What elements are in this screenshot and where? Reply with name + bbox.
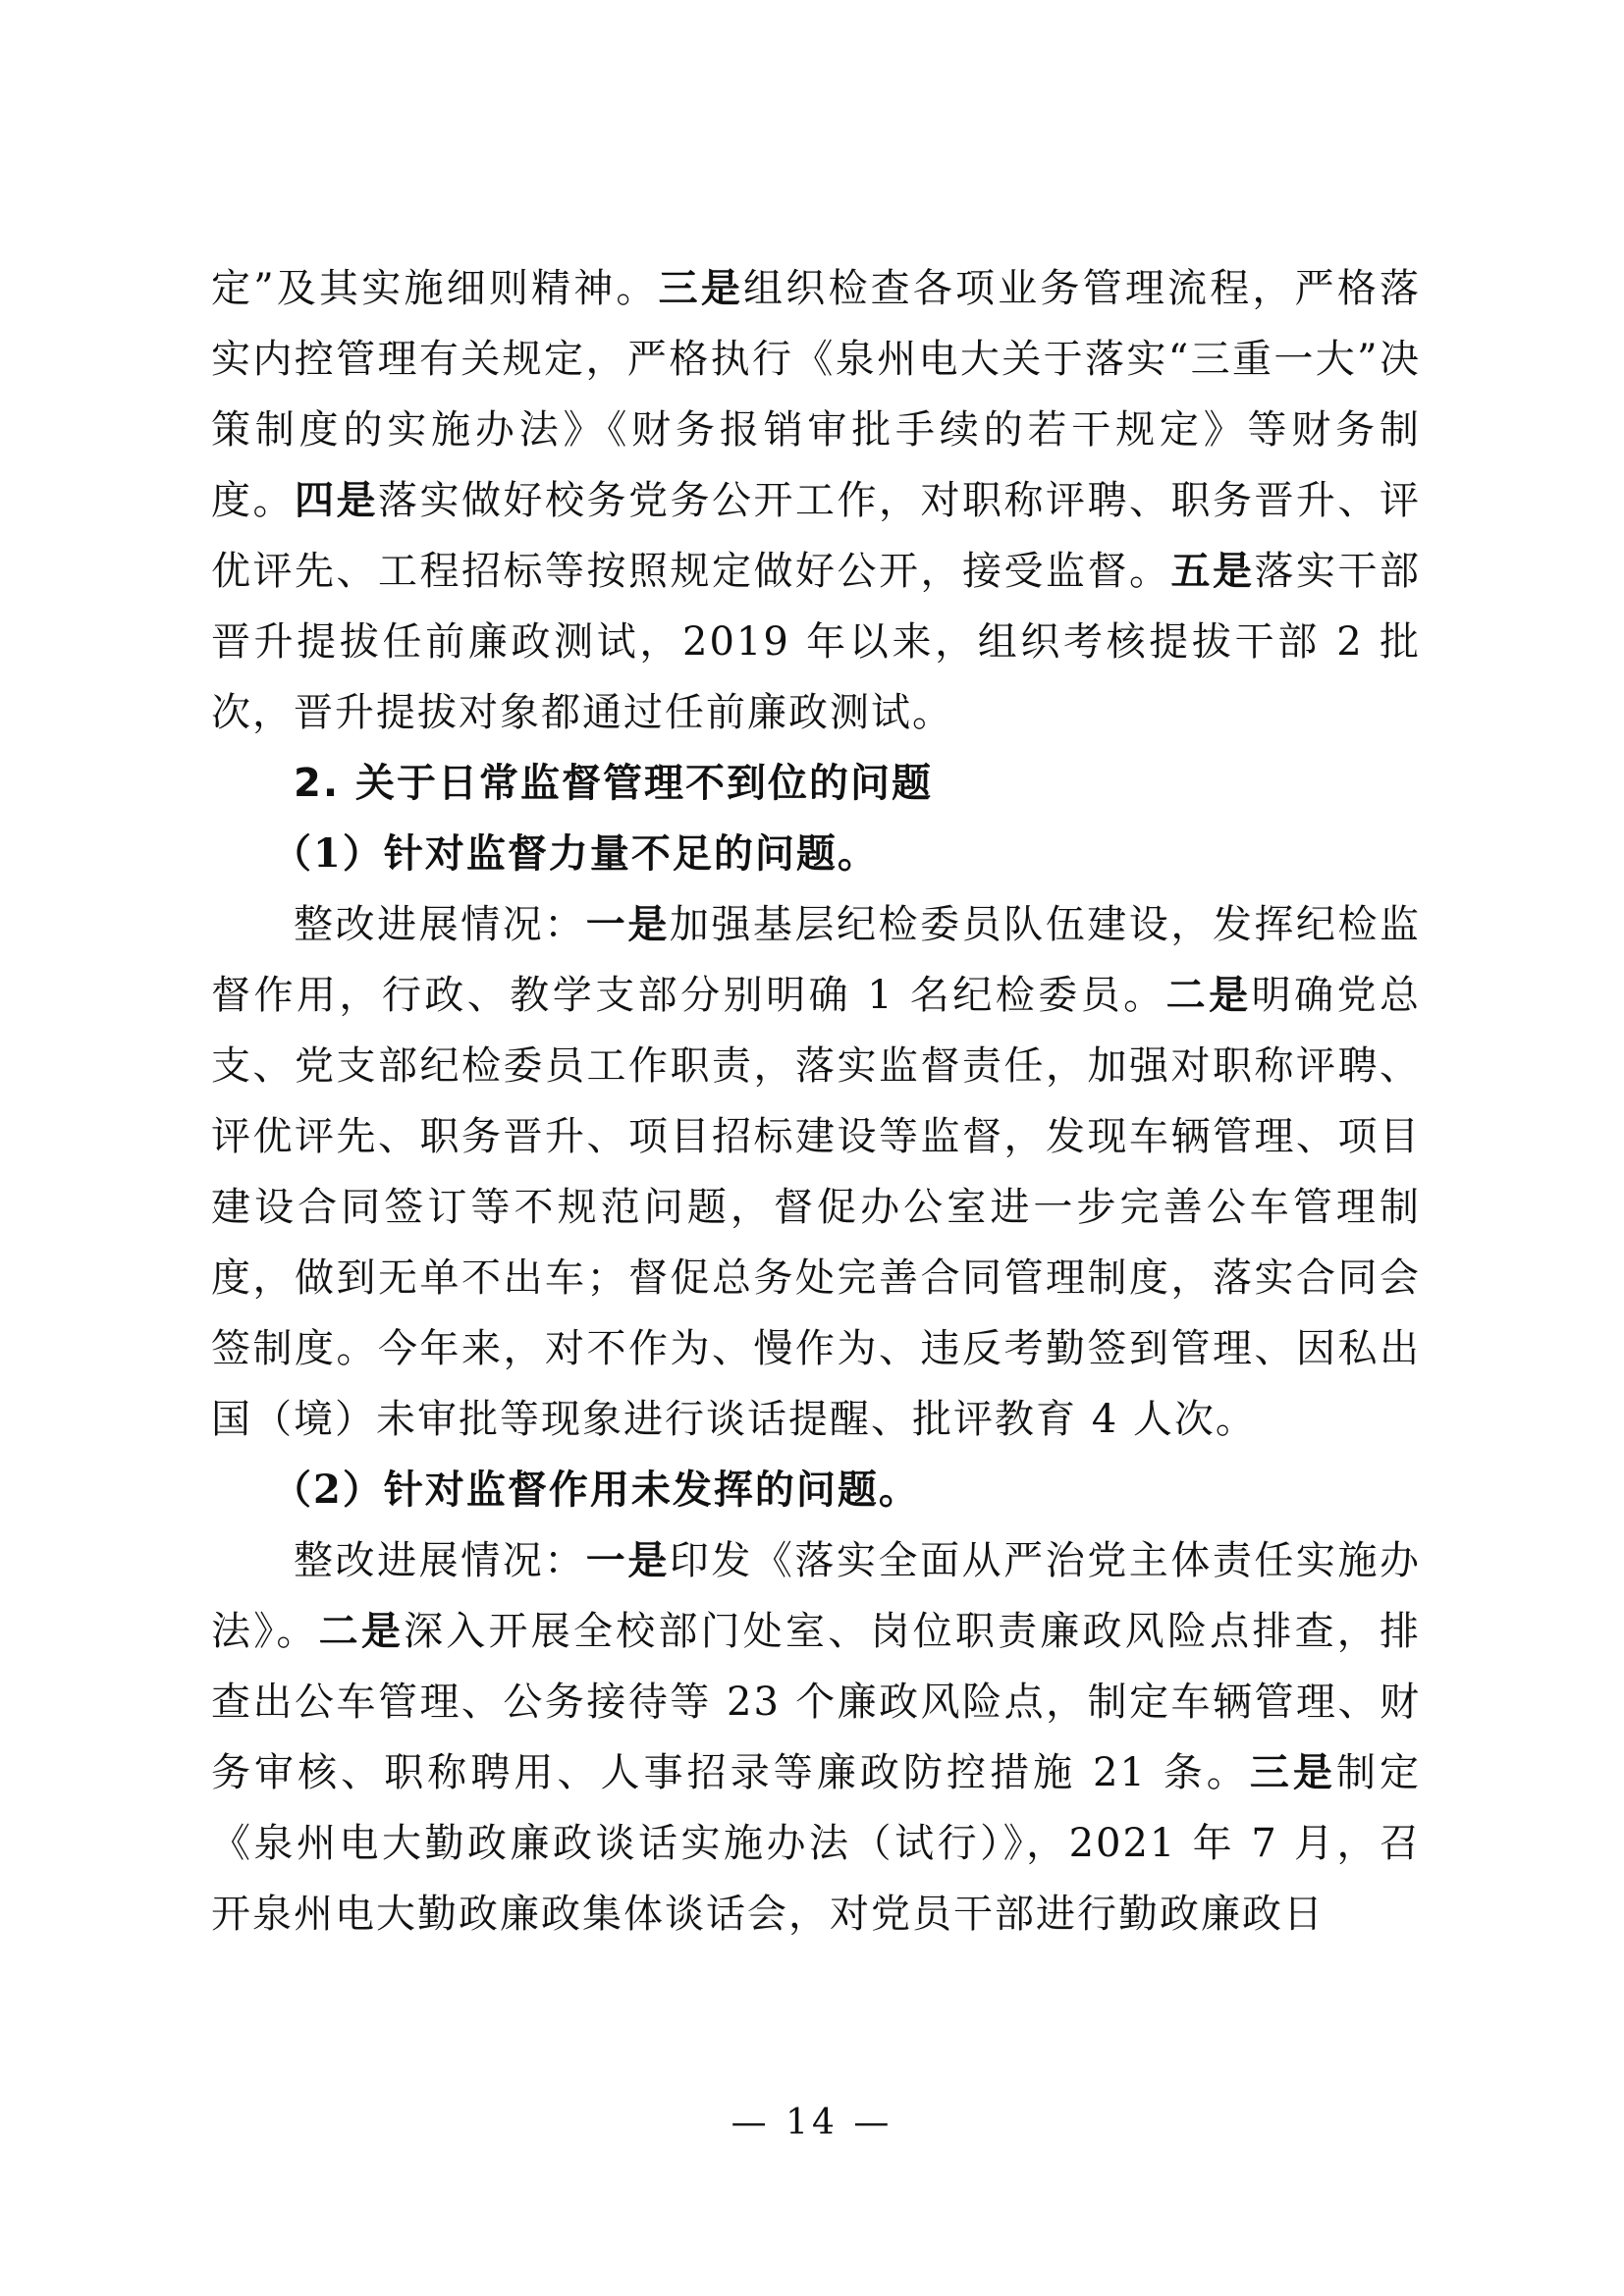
emphasis-wu-shi: 五是 (1171, 549, 1255, 594)
document-page: 定”及其实施细则精神。三是组织检查各项业务管理流程，严格落实内控管理有关规定，严… (0, 0, 1624, 2296)
paragraph-progress-1: 整改进展情况：一是加强基层纪检委员队伍建设，发挥纪检监督作用，行政、教学支部分别… (211, 889, 1421, 1455)
emphasis-er-shi: 二是 (319, 1609, 404, 1654)
emphasis-yi-shi: 一是 (586, 1538, 670, 1583)
emphasis-si-shi: 四是 (295, 478, 378, 523)
emphasis-san-shi: 三是 (1250, 1750, 1336, 1795)
subsection-heading-1: （1）针对监督力量不足的问题。 (211, 819, 1421, 889)
emphasis-er-shi: 二是 (1166, 973, 1252, 1018)
page-number: — 14 — (0, 2103, 1624, 2143)
paragraph-progress-2: 整改进展情况：一是印发《落实全面从严治党主体责任实施办法》。二是深入开展全校部门… (211, 1525, 1421, 1949)
section-heading: 2. 关于日常监督管理不到位的问题 (211, 748, 1421, 819)
paragraph-continuation: 定”及其实施细则精神。三是组织检查各项业务管理流程，严格落实内控管理有关规定，严… (211, 253, 1421, 748)
document-body: 定”及其实施细则精神。三是组织检查各项业务管理流程，严格落实内控管理有关规定，严… (211, 253, 1421, 1949)
emphasis-yi-shi: 一是 (586, 902, 670, 947)
text-segment: 定”及其实施细则精神。 (211, 266, 659, 311)
text-segment: 整改进展情况： (294, 902, 586, 947)
emphasis-san-shi: 三是 (659, 266, 743, 311)
subsection-heading-2: （2）针对监督作用未发挥的问题。 (211, 1455, 1421, 1525)
text-segment: 整改进展情况： (294, 1538, 586, 1583)
text-segment: 明确党总支、党支部纪检委员工作职责，落实监督责任，加强对职称评聘、评优评先、职务… (211, 973, 1421, 1442)
